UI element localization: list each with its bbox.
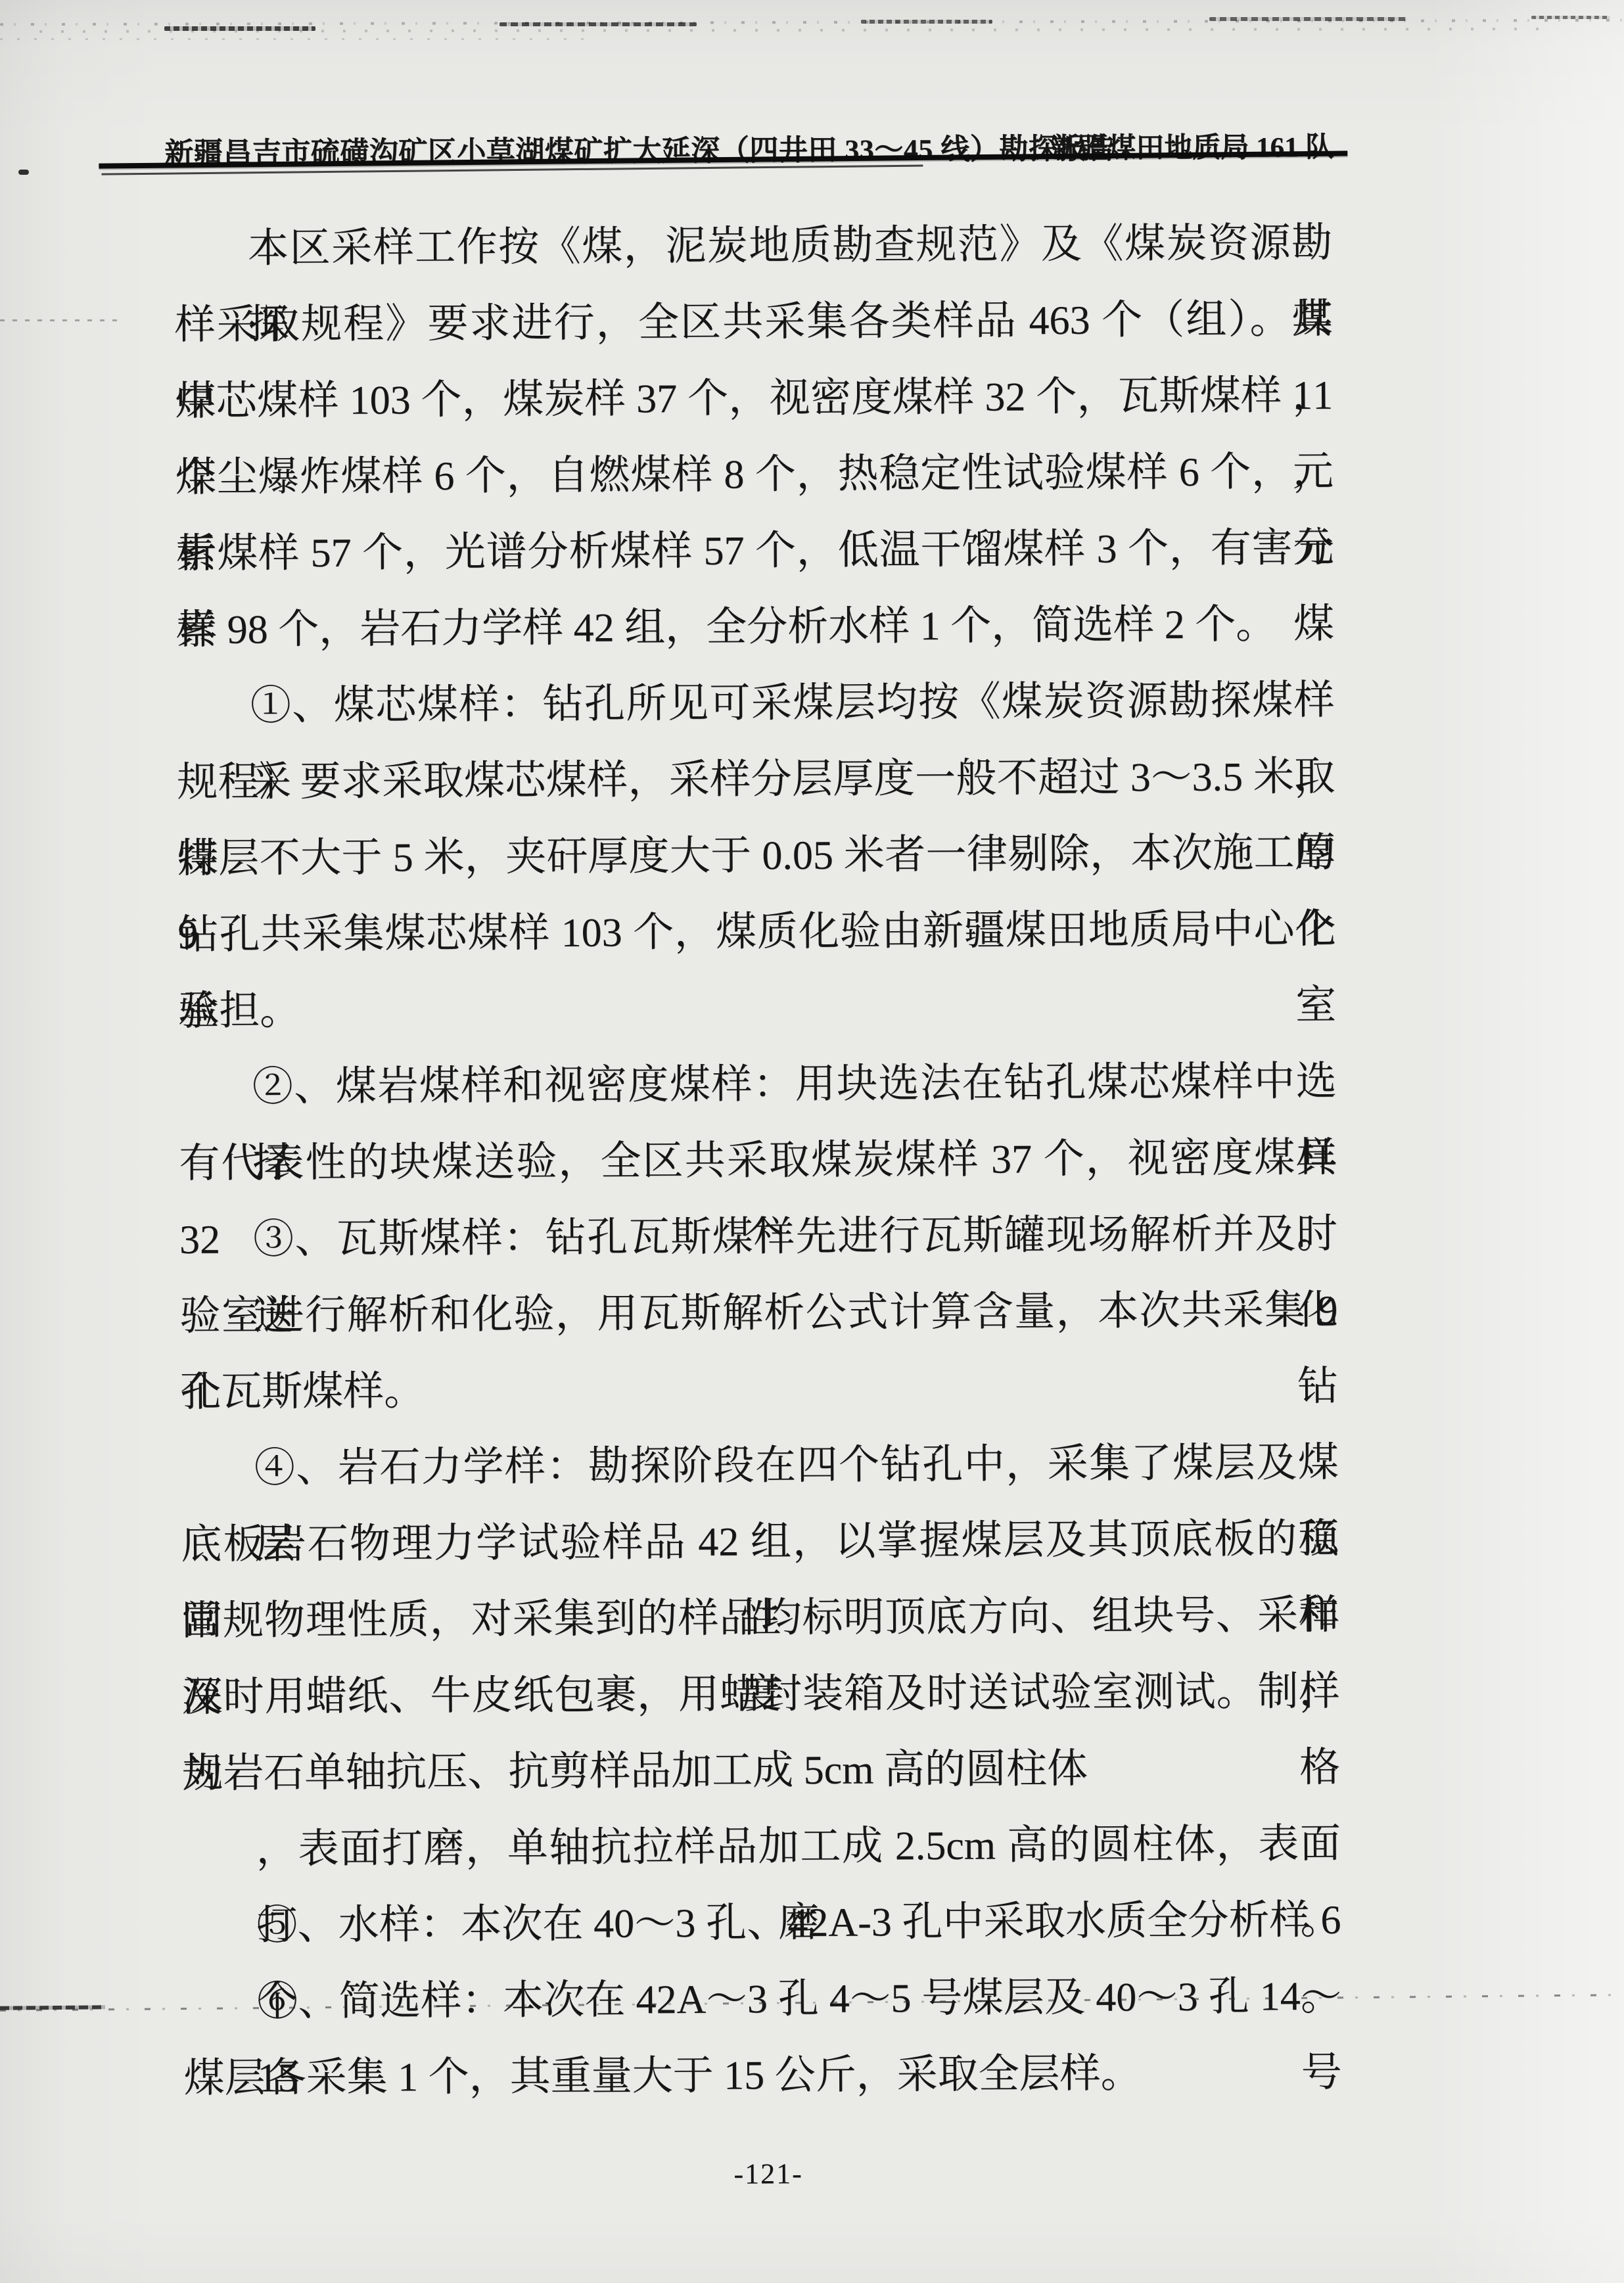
- body-line: 样 98 个，岩石力学样 42 组，全分析水样 1 个，简选样 2 个。: [176, 586, 1335, 668]
- body-line: 样采取规程》要求进行，全区共采集各类样品 463 个（组）。其中，: [174, 281, 1333, 363]
- body-line: ①、煤芯煤样：钻孔所见可采煤层均按《煤炭资源勘探煤样采取: [176, 662, 1335, 745]
- body-line: ④、岩石力学样：勘探阶段在四个钻孔中，采集了煤层及煤层顶: [180, 1425, 1339, 1507]
- body-line: 常规物理性质，对采集到的样品均标明顶底方向、组块号、采样深度，: [181, 1577, 1340, 1659]
- document-page: 新疆昌吉市硫磺沟矿区小草湖煤矿扩大延深（四井田 33～45 线）勘探报告 新疆煤…: [0, 0, 1624, 2283]
- page-content: 新疆昌吉市硫磺沟矿区小草湖煤矿扩大延深（四井田 33～45 线）勘探报告 新疆煤…: [0, 0, 1624, 2283]
- body-line: 煤层不大于 5 米，夹矸厚度大于 0.05 米者一律剔除，本次施工的 9 个: [177, 815, 1336, 897]
- body-line: 析煤样 57 个，光谱分析煤样 57 个，低温干馏煤样 3 个，有害元素煤: [175, 510, 1334, 592]
- body-line: 底板岩石物理力学试验样品 42 组，以掌握煤层及其顶底板的稳固性和: [181, 1501, 1339, 1583]
- body-line: 煤尘爆炸煤样 6 个，自燃煤样 8 个，热稳定性试验煤样 6 个，元素分: [175, 434, 1334, 516]
- body-line: 及时用蜡纸、牛皮纸包裹，用蜡封装箱及时送试验室测试。制样规格: [181, 1653, 1340, 1736]
- body-line: ③、瓦斯煤样：钻孔瓦斯煤样先进行瓦斯罐现场解析并及时送化: [179, 1196, 1338, 1278]
- body-line: 钻孔共采集煤芯煤样 103 个，煤质化验由新疆煤田地质局中心化验室: [177, 891, 1336, 973]
- scan-specks: [18, 170, 29, 175]
- body-line: ，表面打磨，单轴抗拉样品加工成 2.5cm 高的圆柱体，表面打磨。: [183, 1806, 1341, 1888]
- body-line: 验室进行解析和化验，用瓦斯解析公式计算含量，本次共采集 9 个钻: [179, 1272, 1338, 1354]
- body-line: 煤芯煤样 103 个，煤炭样 37 个，视密度煤样 32 个，瓦斯煤样 11 个…: [175, 357, 1334, 440]
- body-line: 规程》要求采取煤芯煤样，采样分层厚度一般不超过 3～3.5 米，特厚: [177, 739, 1335, 821]
- body-line: 本区采样工作按《煤，泥炭地质勘查规范》及《煤炭资源勘探煤: [174, 205, 1333, 287]
- report-body: 本区采样工作按《煤，泥炭地质勘查规范》及《煤炭资源勘探煤 样采取规程》要求进行，…: [174, 205, 1342, 2117]
- body-line: ⑤、水样：本次在 40～3 孔、42A-3 孔中采取水质全分析样 6 个。: [183, 1882, 1341, 1964]
- scan-streak: [0, 319, 122, 321]
- body-line: 有代表性的块煤送验，全区共采取煤炭煤样 37 个，视密度煤样 32 个。: [179, 1120, 1337, 1202]
- page-number: -121-: [733, 2157, 865, 2191]
- org-name-header: 新疆煤田地质局 161 队: [1051, 125, 1327, 166]
- body-line: ②、煤岩煤样和视密度煤样：用块选法在钻孔煤芯煤样中选择具: [178, 1044, 1337, 1126]
